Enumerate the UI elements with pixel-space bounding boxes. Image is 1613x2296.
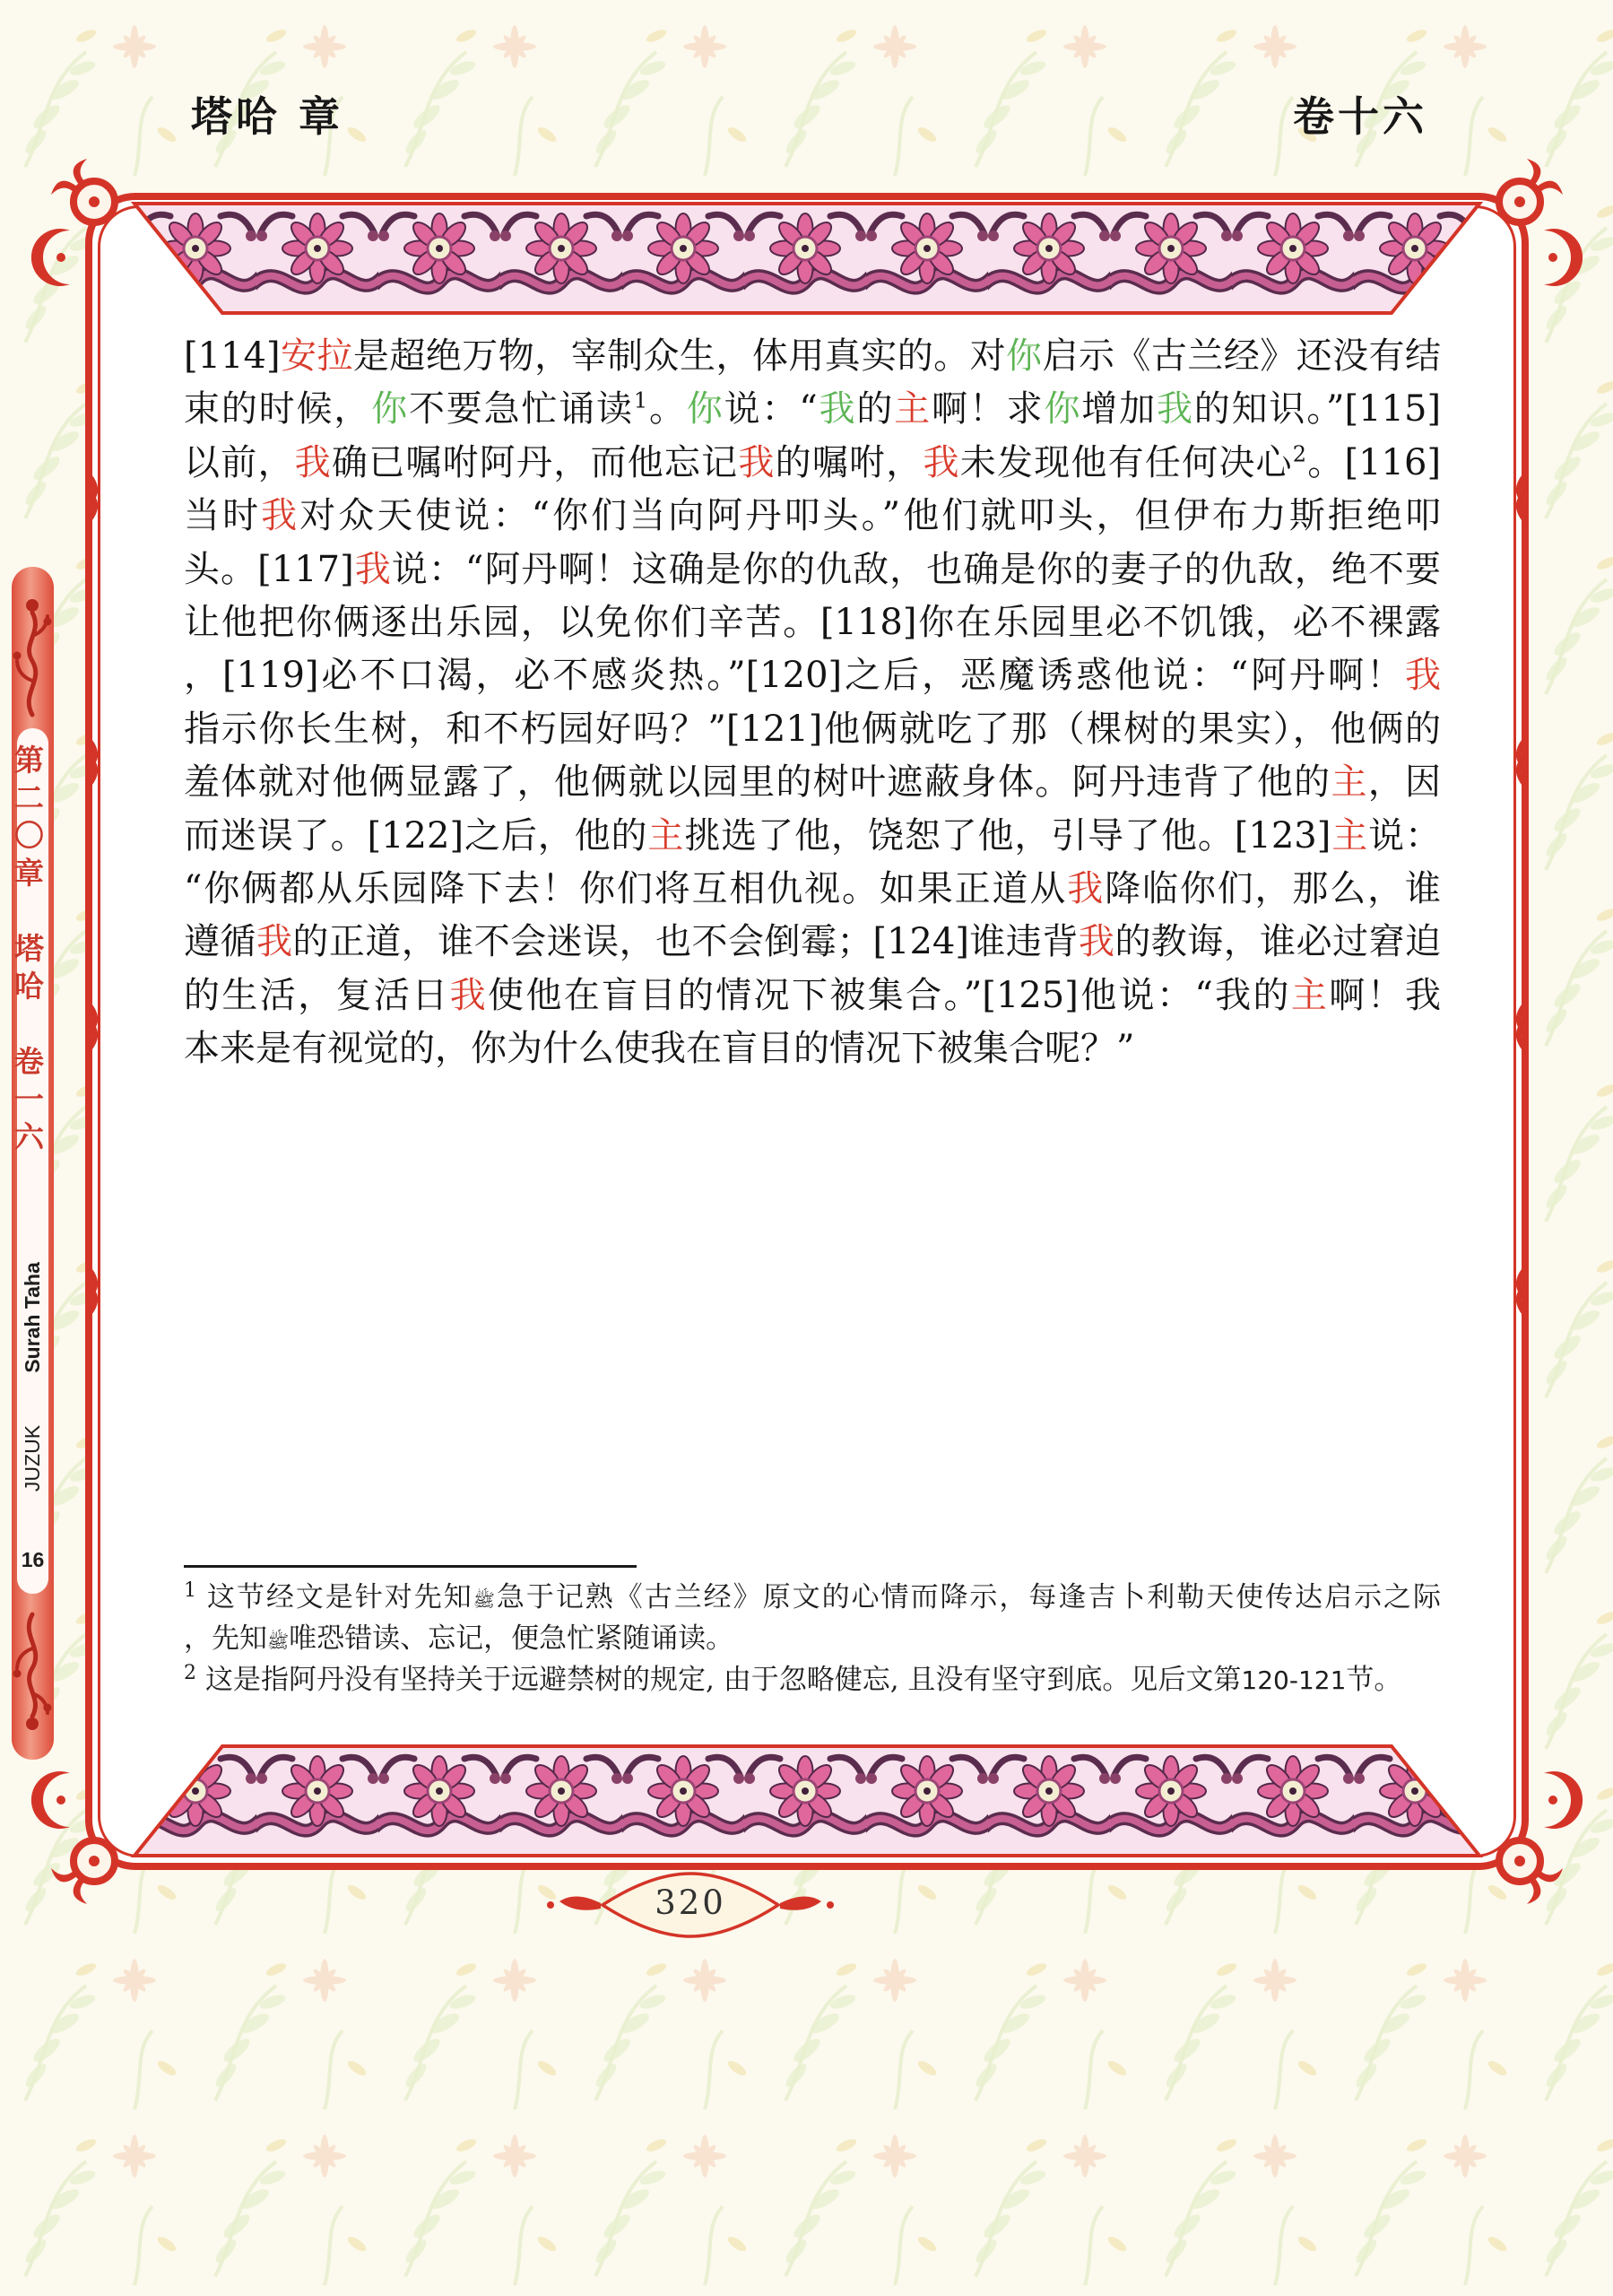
text-run: 的	[856, 388, 894, 430]
text-run: 。	[1306, 442, 1344, 483]
text-run: 遵循	[184, 921, 256, 962]
red-highlight-char: 我	[924, 442, 960, 483]
red-highlight-char: 安拉	[281, 335, 353, 377]
verse-number: [125]	[982, 975, 1079, 1016]
text-line: 头。[117]我说：“阿丹啊！这确是你的仇敌，也确是你的妻子的仇敌，绝不要	[184, 544, 1441, 596]
text-run: 的教诲，谁必过窘迫	[1114, 921, 1441, 962]
text-line: 羞体就对他俩显露了，他俩就以园里的树叶遮蔽身体。阿丹违背了他的主，因	[184, 756, 1441, 809]
text-run: 而迷误了。	[184, 815, 367, 857]
red-highlight-char: 主	[1331, 761, 1367, 803]
text-run: 降临你们，那么，谁	[1105, 868, 1441, 909]
text-run: 说：“阿丹啊！这确是你的仇敌，也确是你的妻子的仇敌，绝不要	[392, 549, 1441, 590]
text-run: 谁违背	[969, 921, 1079, 962]
text-run: 急于记熟《古兰经》原文的心情而降示，每逢吉卜利勒天使传达启示之际	[495, 1581, 1441, 1613]
text-run: 。	[647, 388, 687, 430]
text-run: 的嘱咐，	[776, 442, 924, 483]
text-run: 是超绝万物，宰制众生，体用真实的。对	[353, 335, 1006, 377]
verse-number: [120]	[746, 655, 843, 696]
page-number: 320	[601, 1883, 780, 1922]
footnote-line: 1这节经文是针对先知ﷺ急于记熟《古兰经》原文的心情而降示，每逢吉卜利勒天使传达启…	[184, 1577, 1441, 1618]
green-highlight-char: 你	[687, 388, 724, 430]
footnote-ref: 2	[1293, 441, 1306, 466]
text-run: 启示《古兰经》还没有结	[1043, 335, 1442, 377]
prophet-symbol-icon: ﷺ	[267, 1631, 289, 1652]
verse-number: [115]	[1345, 388, 1442, 430]
green-highlight-char: 我	[1157, 388, 1194, 430]
verse-number: [116]	[1345, 442, 1442, 483]
text-run: 之后，恶魔诱惑他说：“阿丹啊！	[842, 655, 1405, 696]
text-run: 你在乐园里必不饥饿，必不裸露	[916, 602, 1441, 643]
verse-text: [114]安拉是超绝万物，宰制众生，体用真实的。对你启示《古兰经》还没有结束的时…	[184, 330, 1441, 1075]
text-run: ，先知	[184, 1622, 267, 1655]
text-run: 这是指阿丹没有坚持关于远避禁树的规定, 由于忽略健忘, 且没有坚守到底。见后文第	[205, 1664, 1241, 1696]
text-run: 这节经文是针对先知	[205, 1581, 473, 1613]
text-run: 的知识。”	[1194, 388, 1345, 430]
text-line: 而迷误了。[122]之后，他的主挑选了他，饶恕了他，引导了他。[123]主说：	[184, 810, 1441, 863]
text-run: 他俩就吃了那（棵树的果实），他俩的	[822, 709, 1441, 750]
prophet-symbol-icon: ﷺ	[473, 1589, 495, 1611]
text-line: 遵循我的正道，谁不会迷误，也不会倒霉；[124]谁违背我的教诲，谁必过窘迫	[184, 916, 1441, 969]
text-line: 指示你长生树，和不朽园好吗？”[121]他俩就吃了那（棵树的果实），他俩的	[184, 703, 1441, 756]
text-line: [114]安拉是超绝万物，宰制众生，体用真实的。对你启示《古兰经》还没有结	[184, 330, 1441, 383]
text-run: 未发现他有任何决心	[960, 442, 1293, 483]
red-highlight-char: 我	[1079, 921, 1114, 962]
text-run: 之后，他的	[464, 815, 647, 857]
footnote-rule	[184, 1565, 637, 1568]
verse-number: [122]	[367, 815, 464, 857]
latin-text-run: 120-121	[1241, 1665, 1346, 1695]
text-run: 增加	[1081, 388, 1157, 430]
verse-number: [114]	[184, 335, 281, 377]
red-highlight-char: 我	[295, 442, 332, 483]
text-run: 头。	[184, 549, 257, 590]
footnote-line: 2这是指阿丹没有坚持关于远避禁树的规定, 由于忽略健忘, 且没有坚守到底。见后文…	[184, 1659, 1441, 1700]
footnote-ref: 1	[634, 388, 647, 413]
red-highlight-char: 我	[256, 921, 292, 962]
verse-number: [123]	[1235, 815, 1331, 857]
verse-number: [117]	[257, 549, 354, 590]
text-run: 啊！求	[932, 388, 1044, 430]
text-run: 挑选了他，饶恕了他，引导了他。	[684, 815, 1234, 857]
red-highlight-char: 主	[894, 388, 932, 430]
text-run: 以前，	[184, 442, 295, 483]
text-line: ，[119]必不口渴，必不感炎热。”[120]之后，恶魔诱惑他说：“阿丹啊！我	[184, 649, 1441, 702]
text-run: 的生活，复活日	[184, 975, 450, 1016]
text-run: ，	[184, 655, 222, 696]
text-run: 节。	[1346, 1664, 1401, 1696]
red-highlight-char: 我	[1405, 655, 1441, 696]
text-run: 必不口渴，必不感炎热。”	[319, 655, 746, 696]
text-run: 本来是有视觉的，你为什么使我在盲目的情况下被集合呢？”	[184, 1028, 1134, 1069]
text-run: 让他把你俩逐出乐园，以免你们辛苦。	[184, 602, 820, 643]
text-line: 的生活，复活日我使他在盲目的情况下被集合。”[125]他说：“我的主啊！我	[184, 970, 1441, 1022]
verse-number: [118]	[820, 602, 917, 643]
surah-title-header: 塔哈 章	[191, 84, 343, 143]
green-highlight-char: 你	[1044, 388, 1081, 430]
text-line: 以前，我确已嘱咐阿丹，而他忘记我的嘱咐，我未发现他有任何决心2。[116]	[184, 437, 1441, 490]
text-run: 对众天使说：“你们当向阿丹叩头。”他们就叩头，但伊布力斯拒绝叩	[299, 495, 1441, 536]
verse-number: [124]	[872, 921, 969, 962]
sidebar-juz-number: 16	[12, 1548, 54, 1572]
text-run: 说：	[1368, 815, 1441, 857]
red-highlight-char: 我	[354, 549, 392, 590]
red-highlight-char: 我	[450, 975, 488, 1016]
text-run: 说：“	[724, 388, 818, 430]
text-run: 不要急忙诵读	[409, 388, 634, 430]
red-highlight-char: 我	[1067, 868, 1105, 909]
text-run: 束的时候，	[184, 388, 371, 430]
text-line: “你俩都从乐园降下去！你们将互相仇视。如果正道从我降临你们，那么，谁	[184, 863, 1441, 916]
red-highlight-char: 主	[1291, 975, 1329, 1016]
green-highlight-char: 你	[1006, 335, 1042, 377]
quran-page: 塔哈 章 卷十六 第二〇章 塔哈 卷一六 Surah Taha JUZUK 16	[0, 0, 1613, 2296]
text-run: 啊！我	[1329, 975, 1441, 1016]
red-highlight-char: 主	[647, 815, 684, 857]
green-highlight-char: 你	[371, 388, 409, 430]
text-run: “你俩都从乐园降下去！你们将互相仇视。如果正道从	[184, 868, 1067, 909]
footnotes: 1这节经文是针对先知ﷺ急于记熟《古兰经》原文的心情而降示，每逢吉卜利勒天使传达启…	[184, 1577, 1441, 1700]
juz-title-header: 卷十六	[1293, 84, 1427, 143]
footnote-marker: 1	[184, 1579, 196, 1602]
sidebar-surah-label: Surah Taha	[21, 1239, 44, 1396]
red-highlight-char: 我	[738, 442, 775, 483]
text-run: 使他在盲目的情况下被集合。”	[488, 975, 982, 1016]
text-run: 他说：“我的	[1079, 975, 1291, 1016]
text-line: 当时我对众天使说：“你们当向阿丹叩头。”他们就叩头，但伊布力斯拒绝叩	[184, 490, 1441, 543]
text-run: 的正道，谁不会迷误，也不会倒霉；	[292, 921, 872, 962]
red-highlight-char: 主	[1331, 815, 1368, 857]
text-run: 确已嘱咐阿丹，而他忘记	[332, 442, 738, 483]
sidebar-juzuk-label: JUZUK	[21, 1379, 44, 1537]
text-run: 当时	[184, 495, 261, 536]
footnote-marker: 2	[184, 1662, 196, 1684]
text-run: ，因	[1368, 761, 1441, 803]
text-line: 束的时候，你不要急忙诵读1。你说：“我的主啊！求你增加我的知识。”[115]	[184, 383, 1441, 436]
green-highlight-char: 我	[818, 388, 857, 430]
text-run: 羞体就对他俩显露了，他俩就以园里的树叶遮蔽身体。阿丹违背了他的	[184, 761, 1331, 803]
sidebar-chapter-label: 第二〇章 塔哈 卷一六	[18, 744, 48, 1229]
text-run: 唯恐错读、忘记，便急忙紧随诵读。	[289, 1622, 733, 1655]
text-run: 指示你长生树，和不朽园好吗？”	[184, 709, 726, 750]
verse-number: [119]	[222, 655, 319, 696]
verse-number: [121]	[726, 709, 823, 750]
text-line: 让他把你俩逐出乐园，以免你们辛苦。[118]你在乐园里必不饥饿，必不裸露	[184, 596, 1441, 649]
red-highlight-char: 我	[261, 495, 299, 536]
